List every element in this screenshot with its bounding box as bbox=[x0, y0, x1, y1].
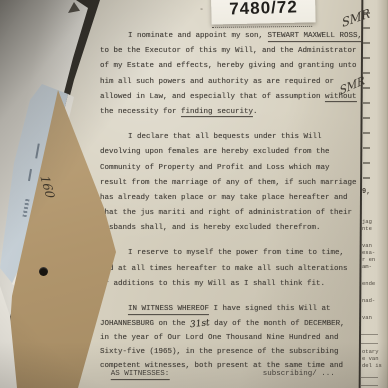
faint-print-mark bbox=[22, 199, 29, 217]
edge-tick bbox=[363, 132, 370, 134]
typed-text: the necessity for bbox=[100, 108, 181, 116]
typed-line: husbands shall, and is hereby excluded t… bbox=[100, 221, 362, 236]
edge-tick bbox=[363, 147, 370, 149]
underlined-name: STEWART MAXWELL ROSS, bbox=[267, 32, 362, 42]
edge-tick bbox=[363, 57, 370, 59]
edge-tick bbox=[363, 27, 370, 29]
will-text: I nominate and appoint my son, STEWART M… bbox=[100, 29, 362, 373]
edge-tick bbox=[363, 72, 370, 74]
edge-tick bbox=[363, 117, 370, 119]
typed-line: result from the marriage of any of them,… bbox=[100, 176, 362, 191]
edge-fragment: am- bbox=[362, 264, 372, 270]
typed-line: in the year of Our Lord One Thousand Nin… bbox=[100, 331, 362, 345]
faint-print-mark bbox=[35, 143, 40, 158]
edge-tick bbox=[363, 177, 370, 179]
punch-hole bbox=[39, 267, 48, 276]
underlined-text: finding security bbox=[181, 108, 253, 118]
typed-line: to be the Executor of this my Will, and … bbox=[100, 44, 362, 59]
typed-line: devolving upon females are hereby exclud… bbox=[100, 145, 362, 160]
typed-text: I have signed this Will at bbox=[209, 305, 331, 313]
edge-rule bbox=[361, 343, 378, 344]
edge-fragment: ende bbox=[362, 281, 375, 287]
typed-line: Sixty-five (1965), in the presence of th… bbox=[100, 345, 362, 359]
catchword: subscribing/ ... bbox=[263, 370, 335, 380]
edge-rule bbox=[361, 377, 378, 378]
typed-text: JOHANNESBURG on the bbox=[100, 320, 190, 328]
edge-tick bbox=[363, 42, 370, 44]
edge-fragment: nte bbox=[362, 226, 372, 232]
stamp-number: 7480/72 bbox=[229, 0, 298, 19]
edge-tick bbox=[363, 102, 370, 104]
typed-text: I nominate and appoint my son, bbox=[128, 32, 268, 40]
typed-text: allowed in Law, and especially that of a… bbox=[100, 93, 325, 101]
paragraph-reservation: I reserve to myself the power from time … bbox=[100, 247, 362, 293]
typed-line: of my Estate and effects, hereby giving … bbox=[100, 60, 362, 75]
edge-fragment: del is bbox=[362, 363, 382, 369]
typed-line: him all such powers and authority as are… bbox=[100, 75, 362, 90]
typed-text: . bbox=[253, 108, 258, 116]
paragraph-exclusion: I declare that all bequests under this W… bbox=[100, 130, 362, 236]
typed-line: and at all times hereafter to make all s… bbox=[100, 262, 362, 277]
edge-rule bbox=[361, 334, 378, 335]
dotted-line bbox=[212, 25, 312, 28]
page-footer: AS WITNESSES: subscribing/ ... bbox=[111, 370, 335, 380]
edge-fragment: 9, bbox=[362, 189, 370, 195]
edge-fragment: van bbox=[362, 315, 372, 321]
typed-line: has already taken place or may take plac… bbox=[100, 191, 362, 206]
typed-line: or additions to this my Will as I shall … bbox=[100, 277, 362, 292]
faint-print-mark bbox=[28, 169, 32, 181]
edge-rule bbox=[361, 385, 378, 386]
underlined-text: IN WITNESS WHEREOF bbox=[128, 305, 209, 315]
handwritten-day: 31st bbox=[189, 316, 210, 332]
edge-tick bbox=[363, 162, 370, 164]
typed-line: IN WITNESS WHEREOF I have signed this Wi… bbox=[100, 302, 362, 316]
typed-line: that the jus mariti and right of adminis… bbox=[100, 206, 362, 221]
edge-fragment: nad- bbox=[362, 298, 375, 304]
typed-line: JOHANNESBURG on the 31st day of the mont… bbox=[100, 316, 362, 330]
typed-line: the necessity for finding security. bbox=[100, 105, 362, 120]
photo-of-will-page: 9, jag nte van esa- r en am- ende nad- v… bbox=[0, 0, 388, 388]
witnesses-label: AS WITNESSES: bbox=[111, 370, 170, 380]
reference-slip: 7480/72 bbox=[211, 0, 316, 24]
paragraph-executor: I nominate and appoint my son, STEWART M… bbox=[100, 29, 362, 120]
typed-text: day of the month of DECEMBER, bbox=[210, 320, 345, 328]
typed-line: allowed in Law, and especially that of a… bbox=[100, 90, 362, 105]
typed-line: I nominate and appoint my son, STEWART M… bbox=[100, 29, 362, 44]
paragraph-attestation: IN WITNESS WHEREOF I have signed this Wi… bbox=[100, 302, 362, 373]
typed-line: I reserve to myself the power from time … bbox=[100, 247, 362, 262]
typed-line: Community of Property and Profit and Los… bbox=[100, 161, 362, 176]
typed-line: I declare that all bequests under this W… bbox=[100, 130, 362, 145]
